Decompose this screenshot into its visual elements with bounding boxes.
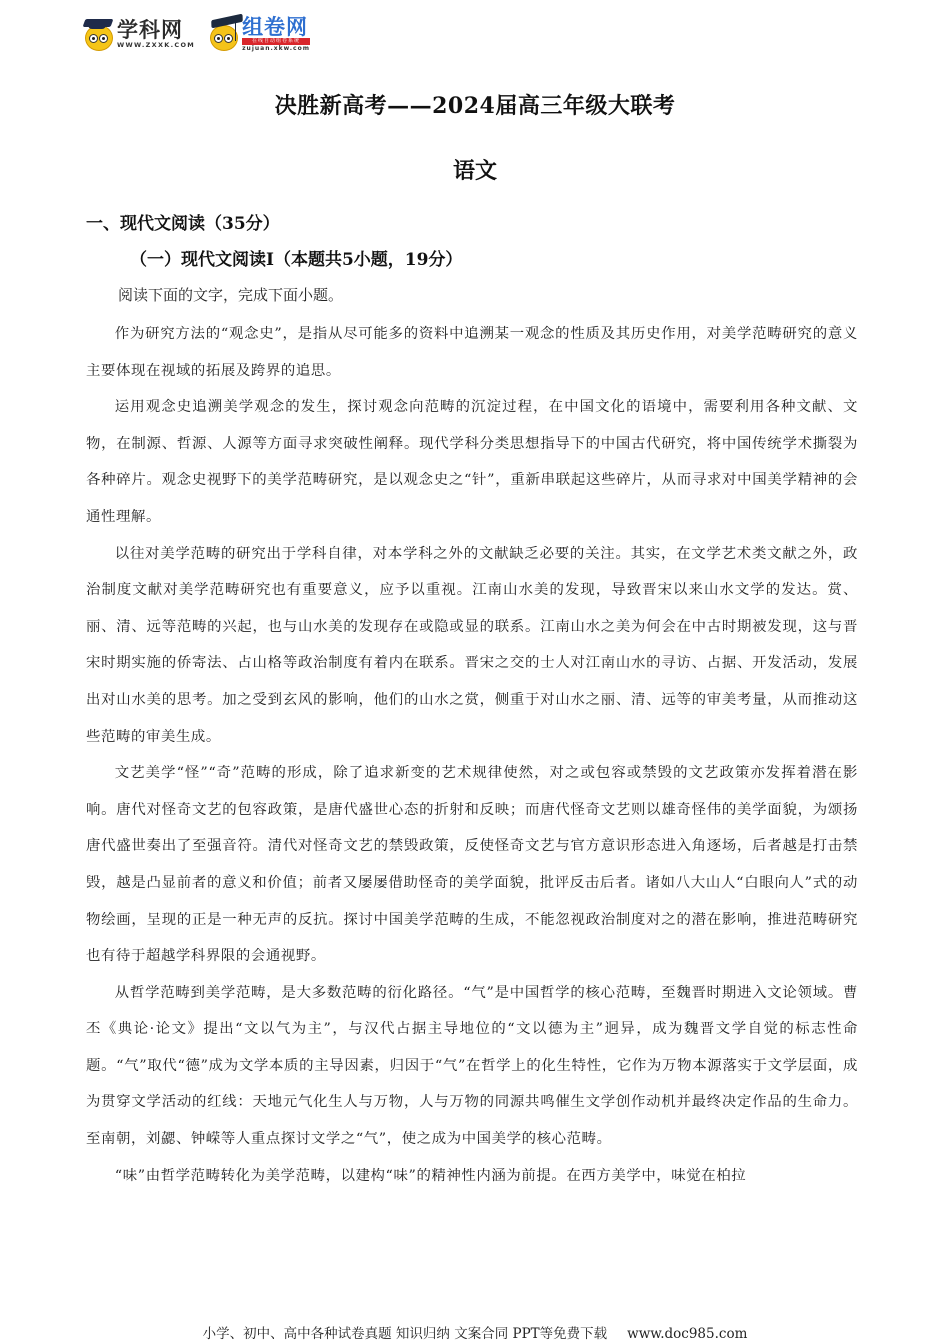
zxxk-logo-url: WWW.ZXXK.COM <box>117 41 195 49</box>
paragraph: 从哲学范畴到美学范畴，是大多数范畴的衍化路径。“气”是中国哲学的核心范畴，至魏晋… <box>86 975 858 1158</box>
zxxk-logo[interactable]: 学科网 WWW.ZXXK.COM <box>84 17 195 51</box>
reading-instruction: 阅读下面的文字，完成下面小题。 <box>118 284 343 305</box>
zujuan-logo-title: 组卷网 <box>242 16 310 38</box>
zxxk-logo-title: 学科网 <box>117 19 195 41</box>
subsection-heading: （一）现代文阅读Ⅰ（本题共5小题，19分） <box>130 245 462 270</box>
footer-link[interactable]: www.doc985.com <box>627 1326 747 1342</box>
paragraph: 作为研究方法的“观念史”，是指从尽可能多的资料中追溯某一观念的性质及其历史作用，… <box>86 316 858 389</box>
mascot-icon <box>84 17 114 51</box>
header-logos: 学科网 WWW.ZXXK.COM 组卷网 在线自动组卷系统 zujuan.xkw… <box>84 12 310 56</box>
zujuan-logo[interactable]: 组卷网 在线自动组卷系统 zujuan.xkw.com <box>209 16 310 52</box>
zujuan-logo-band: 在线自动组卷系统 <box>242 38 310 45</box>
section-heading: 一、现代文阅读（35分） <box>86 209 280 234</box>
paragraph: 文艺美学“怪”“奇”范畴的形成，除了追求新变的艺术规律使然，对之或包容或禁毁的文… <box>86 755 858 975</box>
paragraph: 运用观念史追溯美学观念的发生，探讨观念向范畴的沉淀过程，在中国文化的语境中，需要… <box>86 389 858 535</box>
exam-title: 决胜新高考——2024届高三年级大联考 <box>0 89 950 120</box>
paragraph: “味”由哲学范畴转化为美学范畴，以建构“味”的精神性内涵为前提。在西方美学中，味… <box>86 1158 858 1195</box>
mascot-icon <box>209 17 239 51</box>
subject-title: 语文 <box>0 154 950 185</box>
exam-page: 学科网 WWW.ZXXK.COM 组卷网 在线自动组卷系统 zujuan.xkw… <box>0 0 950 1344</box>
footer-text: 小学、初中、高中各种试卷真题 知识归纳 文案合同 PPT等免费下载 <box>203 1326 608 1342</box>
paragraph: 以往对美学范畴的研究出于学科自律，对本学科之外的文献缺乏必要的关注。其实，在文学… <box>86 536 858 756</box>
reading-passage: 作为研究方法的“观念史”，是指从尽可能多的资料中追溯某一观念的性质及其历史作用，… <box>86 316 858 1194</box>
page-footer: 小学、初中、高中各种试卷真题 知识归纳 文案合同 PPT等免费下载www.doc… <box>0 1322 950 1342</box>
zujuan-logo-url: zujuan.xkw.com <box>242 45 310 52</box>
